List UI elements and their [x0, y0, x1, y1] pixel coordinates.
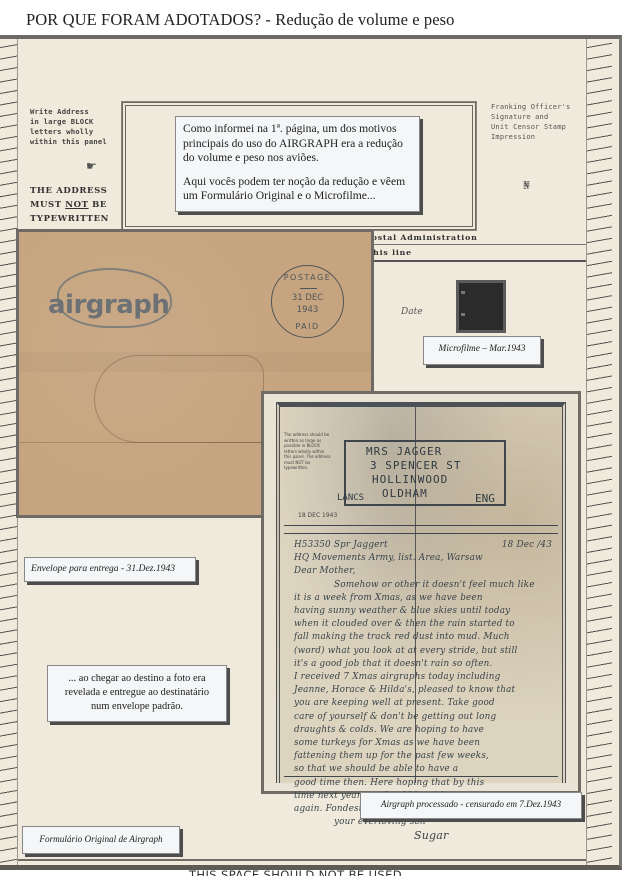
unused-space-notice: THIS SPACE SHOULD NOT BE USED — [189, 868, 402, 876]
divider — [18, 859, 586, 861]
franking-line: Unit Censor Stamp — [491, 122, 581, 132]
letter-line: so that we should be able to have a — [294, 763, 552, 776]
letter-line: (word) what you look at at every stride,… — [294, 645, 552, 658]
letter-line: fall making the track red dust into mud.… — [294, 631, 552, 644]
address-warning: THE ADDRESS MUST NOT BE TYPEWRITTEN — [30, 184, 130, 226]
letter-salutation: Dear Mother, — [294, 565, 552, 578]
processed-airgraph-caption: Airgraph processado - censurado em 7.Dez… — [360, 792, 582, 819]
postmark-bottom: PAID — [272, 322, 343, 331]
address-instruction-line: letters wholly — [30, 127, 120, 137]
letter-line: you are keeping well at present. Take go… — [294, 697, 552, 710]
censor-mark-icon: ₦ — [523, 179, 530, 192]
address-instructions: Write Address in large BLOCK letters who… — [30, 107, 120, 147]
address-instruction-line: Write Address — [30, 107, 120, 117]
microfilm-caption: Microfilme – Mar.1943 — [423, 336, 541, 365]
franking-line: Franking Officer's — [491, 102, 581, 112]
letter-unit: HQ Movements Army, list. Area, Warsaw — [294, 552, 552, 565]
address-instruction-line: within this panel — [30, 137, 120, 147]
letter-line: when it clouded over & then the rain sta… — [294, 618, 552, 631]
intro-note: Como informei na 1ª. página, um dos moti… — [175, 116, 420, 212]
letter-line: it is a week from Xmas, as we have been — [294, 592, 552, 605]
page-title: POR QUE FORAM ADOTADOS? - Redução de vol… — [26, 10, 455, 30]
letter-body: Somehow or other it doesn't feel much li… — [294, 579, 552, 817]
postmark: POSTAGE 31 DEC 1943 PAID — [271, 265, 344, 338]
postmark-year: 1943 — [272, 305, 343, 315]
photo-inner: The address should be written as large a… — [276, 402, 566, 783]
warning-text: BE — [89, 200, 107, 210]
airgraph-logo: airgraph — [48, 290, 169, 320]
form-caption: Formulário Original de Airgraph — [22, 826, 180, 854]
franking-line: Impression — [491, 132, 581, 142]
letter-line: Somehow or other it doesn't feel much li… — [294, 579, 552, 592]
letter-line: Jeanne, Horace & Hilda's, pleased to kno… — [294, 684, 552, 697]
franking-officer-instructions: Franking Officer's Signature and Unit Ce… — [491, 102, 581, 142]
letter-line: I received 7 Xmas airgraphs today includ… — [294, 671, 552, 684]
address-instruction-line: in large BLOCK — [30, 117, 120, 127]
postmark-top: POSTAGE — [272, 273, 343, 282]
pointing-hand-icon: ☛ — [86, 159, 97, 174]
letter-sender: H53350 Spr Jaggert — [294, 539, 388, 552]
warning-line: TYPEWRITTEN — [30, 212, 130, 226]
delivery-note: ... ao chegar ao destino a foto era reve… — [47, 665, 227, 722]
letter-line: it's a good job that it doesn't rain so … — [294, 658, 552, 671]
franking-line: Signature and — [491, 112, 581, 122]
processed-airgraph-photo: The address should be written as large a… — [261, 391, 581, 794]
letter-signature: Sugar — [294, 829, 552, 842]
photo-divider — [284, 525, 558, 526]
address-line: 3 SPENCER ST — [358, 459, 508, 473]
photo-country: ENG — [475, 492, 495, 505]
intro-paragraph: Aqui vocês podem ter noção da redução e … — [183, 175, 412, 204]
microfilm-frame — [456, 280, 506, 333]
letter-line: draughts & colds. We are hoping to have — [294, 724, 552, 737]
envelope-caption: Envelope para entrega - 31.Dez.1943 — [24, 557, 196, 582]
letter-date: 18 Dec /43 — [502, 539, 552, 552]
photo-county: LANCS — [337, 493, 364, 503]
warning-line: THE ADDRESS — [30, 184, 130, 198]
photo-divider — [284, 776, 558, 777]
letter-line: having sunny weather & blue skies until … — [294, 605, 552, 618]
warning-line: MUST NOT BE — [30, 198, 130, 212]
photo-date-stamp: 18 DEC 1943 — [298, 512, 337, 519]
intro-paragraph: Como informei na 1ª. página, um dos moti… — [183, 122, 412, 166]
postmark-date: 31 DEC — [272, 293, 343, 303]
postmark-bar — [300, 288, 317, 289]
letter-line: fattening them up for the past few weeks… — [294, 750, 552, 763]
warning-not: NOT — [65, 200, 88, 210]
envelope-window — [94, 355, 264, 443]
address-line: HOLLINWOOD — [358, 473, 508, 487]
letter-header: H53350 Spr Jaggert 18 Dec /43 — [294, 539, 552, 552]
warning-text: MUST — [30, 200, 65, 210]
letter-line: care of yourself & don't be getting out … — [294, 711, 552, 724]
date-label: Date — [401, 307, 423, 317]
photo-divider — [284, 533, 558, 534]
photo-address-instructions: The address should be written as large a… — [284, 432, 332, 471]
letter-line: good time then. Here hoping that by this — [294, 777, 552, 790]
letter-line: some turkeys for Xmas as we have been — [294, 737, 552, 750]
address-line: MRS JAGGER — [358, 445, 508, 459]
right-margin-stripes — [586, 39, 612, 865]
